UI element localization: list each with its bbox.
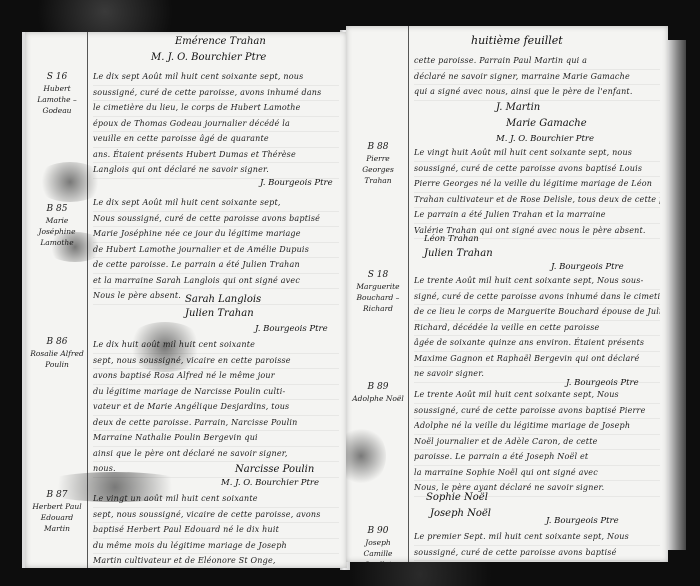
entry-text: Le trente Août mil huit cent soixante se… [414, 388, 660, 497]
signature: Narcisse Poulin [235, 464, 314, 475]
page-edge [668, 40, 686, 550]
signature: J. Bourgeois Ptre [551, 262, 624, 272]
signature: Emérence Trahan [175, 36, 266, 47]
margin-note: B 88 Pierre Georges Trahan [350, 142, 406, 186]
signature: M. J. O. Bourchier Ptre [151, 52, 266, 63]
signature: Julien Trahan [185, 308, 254, 319]
signature: M. J. O. Bourchier Ptre [496, 134, 594, 144]
entry-text: Le premier Sept. mil huit cent soixante … [414, 530, 660, 562]
ink-smudge [346, 426, 386, 486]
signature: J. Bourgeois Ptre [260, 178, 333, 188]
signature: Léon Trahan [424, 234, 479, 244]
right-page: huitième feuillet cette paroisse. Parrai… [346, 26, 668, 562]
signature: Marie Gamache [506, 118, 587, 129]
left-page: Emérence Trahan M. J. O. Bourchier Ptre … [22, 32, 347, 568]
entry-text: Le trente Août mil huit cent soixante se… [414, 274, 660, 383]
entry-text: Le dix huit août mil huit cent soixante … [93, 338, 339, 478]
margin-note: B 85 Marie Joséphine Lamothe [29, 204, 85, 248]
margin-note: B 89 Adolphe Noël [350, 382, 406, 404]
entry-text: Le dix sept Août mil huit cent soixante … [93, 196, 339, 305]
margin-note: S 18 Marguerite Bouchard – Richard [350, 270, 406, 314]
signature: Sarah Langlois [185, 294, 261, 305]
margin-note: B 90 Joseph Camille Ouellet [350, 526, 406, 562]
signature: M. J. O. Bourchier Ptre [221, 478, 319, 488]
margin-note: B 87 Herbert Paul Edouard Martin [29, 490, 85, 534]
margin-note: S 16 Hubert Lamothe – Godeau [29, 72, 85, 116]
signature: J. Bourgeois Ptre [546, 516, 619, 526]
signature: J. Martin [496, 102, 540, 113]
margin-rule [87, 32, 88, 568]
signature: J. Bourgeois Ptre [255, 324, 328, 334]
page-heading: huitième feuillet [471, 34, 563, 47]
entry-text: Le vingt un août mil huit cent soixante … [93, 492, 339, 568]
signature: Sophie Noël [426, 492, 488, 503]
entry-text: Le dix sept Août mil huit cent soixante … [93, 70, 339, 179]
continuation-text: cette paroisse. Parrain Paul Martin qui … [414, 54, 660, 101]
signature: Julien Trahan [424, 248, 493, 259]
signature: Joseph Noël [430, 508, 491, 519]
entry-text: Le vingt huit Août mil huit cent soixant… [414, 146, 660, 239]
margin-note: B 86 Rosalie Alfred Poulin [29, 337, 85, 370]
signature: J. Bourgeois Ptre [566, 378, 639, 388]
margin-rule [408, 26, 409, 562]
